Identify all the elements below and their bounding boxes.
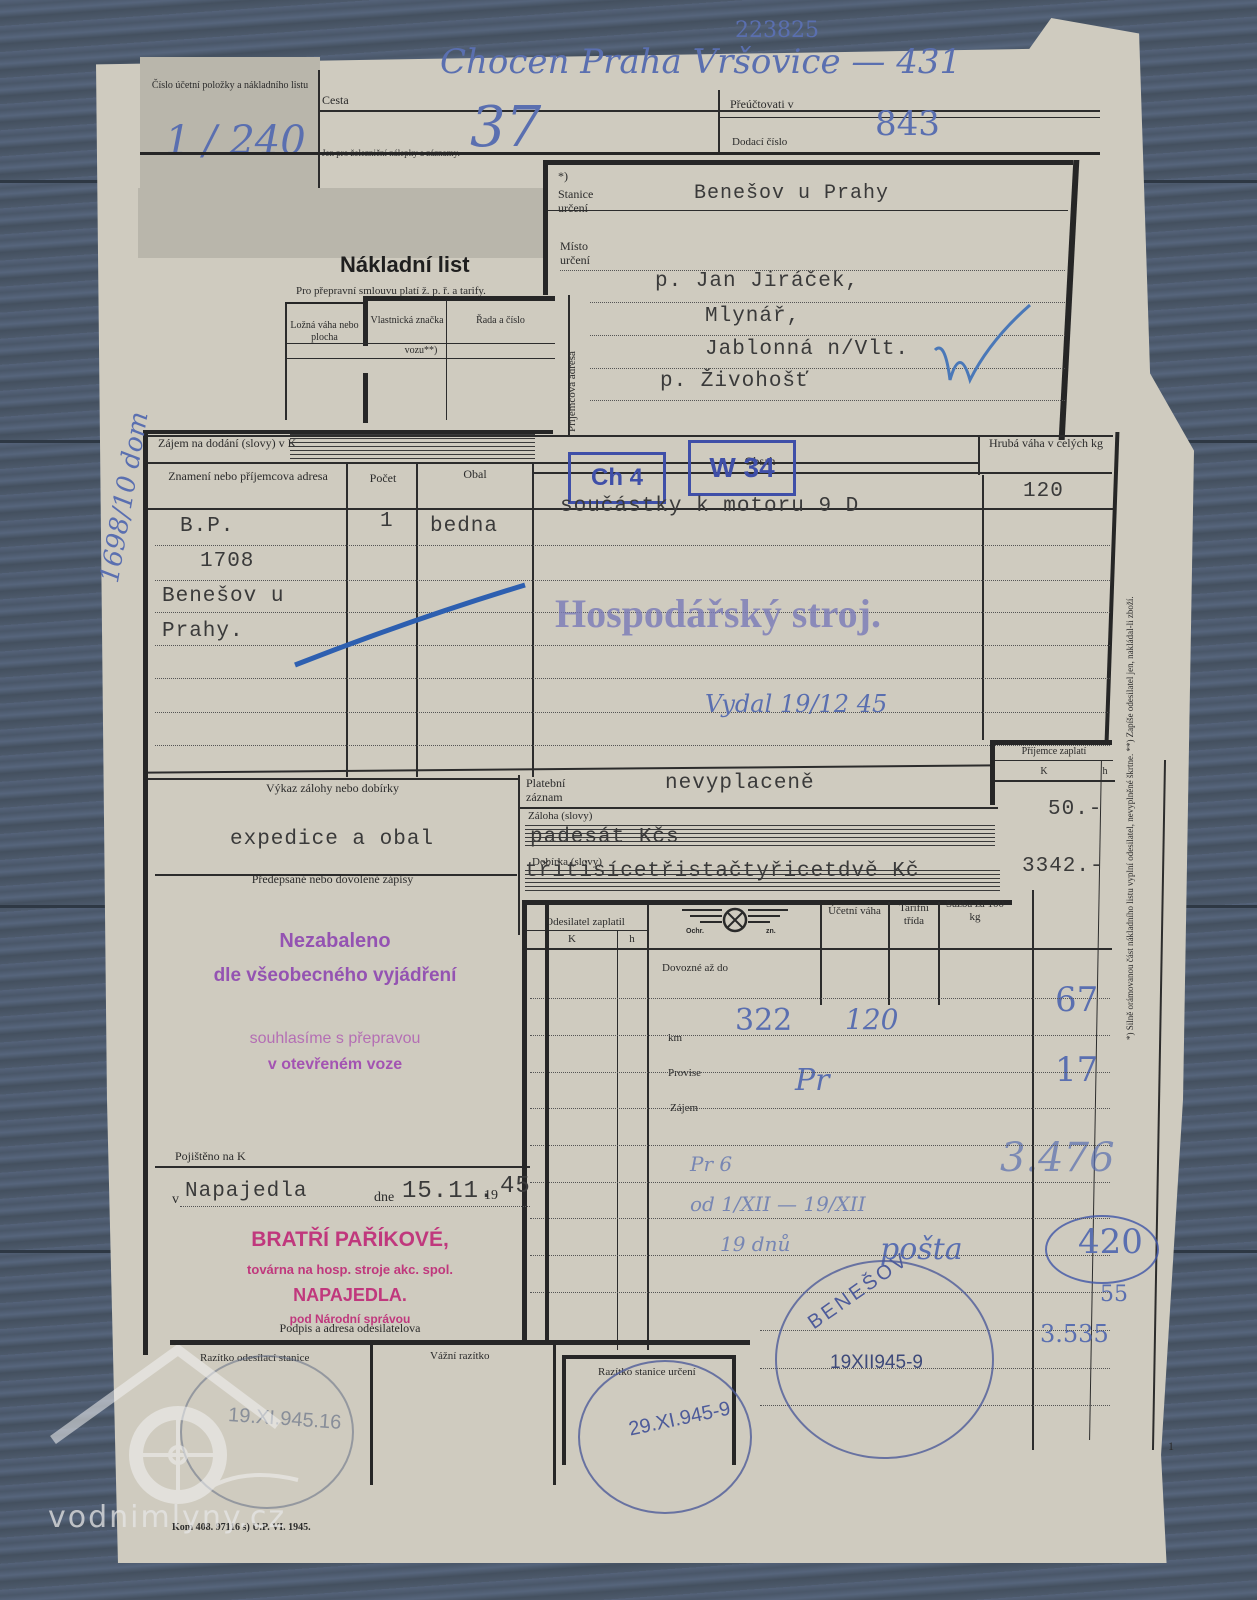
- divider: [285, 302, 365, 304]
- header-weight: Hrubá váha v celých kg: [982, 437, 1110, 451]
- divider: [320, 110, 1100, 112]
- header-rate: Sazba za 100 kg: [940, 898, 1010, 923]
- stamp-w34: W 34: [688, 440, 796, 496]
- route-number-top: 223825: [735, 18, 819, 43]
- stamp-unpacked: Nezabaleno: [155, 930, 515, 953]
- route-big-number: 37: [470, 95, 541, 160]
- recipient-pays-value: 420: [1078, 1222, 1143, 1262]
- dotted-line: [530, 1072, 1110, 1073]
- weighing-label: Vážní razítko: [430, 1350, 490, 1363]
- advance-label: Výkaz zálohy nebo dobírky: [150, 782, 515, 796]
- marks-line: Prahy.: [162, 620, 244, 643]
- recipient-line: p. Jan Jiráček,: [655, 270, 859, 293]
- account-item-label: Číslo účetní položky a nákladního listu: [140, 80, 320, 92]
- divider: [995, 780, 1115, 782]
- border: [543, 160, 548, 295]
- company-stamp: BRATŘÍ PAŘÍKOVÉ,: [160, 1228, 540, 1252]
- goods-packaging: bedna: [430, 515, 498, 538]
- recount-label: Přeúčtovati v: [730, 98, 794, 112]
- interest-label: Zájem na dodání (slovy) v K: [158, 437, 296, 451]
- recipient-pays-value: 67: [1055, 980, 1098, 1020]
- company-stamp-line3: NAPAJEDLA.: [160, 1285, 540, 1306]
- recipient-line: Mlynář,: [705, 305, 800, 328]
- divider: [518, 775, 520, 935]
- round-stamp-date: 19XII945-9: [830, 1352, 923, 1374]
- wagon-col-owner-mark: Vlastnická značka: [368, 315, 446, 327]
- content-stamp: Hospodářský stroj.: [555, 590, 881, 637]
- border: [990, 740, 1112, 745]
- insured-label: Pojištěno na K: [175, 1150, 246, 1164]
- recipient-pays-label: Příjemce zaplatí: [998, 746, 1110, 758]
- dotted-line: [155, 545, 1110, 546]
- divider: [820, 905, 822, 1005]
- dotted-line: [530, 998, 1110, 999]
- page-mark: 1: [1168, 1440, 1174, 1454]
- blue-pencil-stroke-icon: [290, 580, 530, 670]
- date-prefix: dne: [374, 1190, 394, 1206]
- destination-station-stamp: [578, 1360, 752, 1514]
- divider: [617, 930, 618, 1350]
- dotted-line: [155, 745, 1110, 746]
- emblem-left-label: Ochr.: [686, 928, 704, 936]
- payment-record-value: nevyplaceně: [665, 772, 815, 795]
- dotted-line: [530, 1182, 1110, 1183]
- stamp-open-wagon-line2: v otevřeném voze: [155, 1056, 515, 1074]
- divider: [446, 300, 447, 420]
- divider: [532, 462, 534, 777]
- delivery-number-value: 843: [875, 104, 940, 144]
- divider: [527, 948, 1112, 950]
- recipient-pays-col-h: h: [1095, 766, 1115, 778]
- sender-place: Napajedla: [185, 1180, 307, 1203]
- wagon-col-load-weight: Ložná váha nebo plocha: [287, 320, 362, 343]
- recipient-line: p. Živohošť: [660, 370, 810, 393]
- border: [143, 430, 148, 1355]
- remarks-label: Předepsané nebo dovolené zápisy: [150, 873, 515, 887]
- border: [553, 1345, 556, 1485]
- border: [522, 905, 527, 1345]
- wagon-footer: vozu**): [287, 345, 555, 357]
- asterisk-note: *): [558, 170, 568, 184]
- goods-weight: 120: [1023, 480, 1064, 503]
- route-label: Cesta: [322, 94, 349, 108]
- divider: [718, 90, 720, 152]
- recipient-pays-value: 55: [1100, 1282, 1128, 1307]
- watermark-text: vodnimlyny.cz: [48, 1500, 286, 1535]
- station-label: Stanice určení: [558, 188, 608, 216]
- recipient-pays-value: 3.476: [1000, 1135, 1115, 1181]
- dotted-line: [530, 1255, 1110, 1256]
- place-prefix: v: [172, 1192, 179, 1208]
- header-tariff-class: Tarifní třída: [890, 902, 938, 927]
- year-prefix: 19: [484, 1188, 498, 1204]
- divider: [978, 435, 980, 475]
- divider: [148, 435, 1113, 437]
- divider: [287, 358, 555, 359]
- border: [543, 160, 1073, 165]
- handwritten-checkmark-icon: [930, 300, 1040, 390]
- dotted-line: [530, 1218, 1110, 1219]
- border: [370, 1345, 373, 1485]
- dotted-line: [155, 678, 1110, 679]
- handwritten-issued-note: Vydal 19/12 45: [705, 690, 887, 718]
- dotted-line: [530, 1035, 1110, 1036]
- watermill-logo-icon: [48, 1345, 308, 1525]
- divider: [363, 296, 555, 301]
- dotted-line: [155, 712, 1110, 713]
- border: [562, 1355, 734, 1359]
- goods-content: součástky k motoru 9 D: [560, 495, 859, 518]
- recipient-pays-col-k: K: [995, 766, 1093, 778]
- note-line: Pr 6: [690, 1152, 732, 1176]
- header-packaging: Obal: [420, 468, 530, 482]
- sender-year: 45: [500, 1173, 531, 1200]
- header-count: Počet: [350, 472, 416, 486]
- sender-paid-col-k: K: [527, 933, 617, 946]
- divider: [155, 1166, 530, 1168]
- divider: [548, 210, 1068, 211]
- dotted-line: [530, 1108, 1110, 1109]
- divider: [363, 373, 368, 423]
- divider: [995, 760, 1113, 761]
- km-value: 322: [735, 1003, 792, 1038]
- divider: [287, 343, 555, 344]
- hatched-field: [290, 434, 535, 460]
- signature-label: Podpis a adresa odesilatelova: [160, 1322, 540, 1336]
- delivery-number-label: Dodací číslo: [732, 136, 787, 149]
- payment-record-label: Platební záznam: [526, 777, 586, 805]
- recipient-pays-value: 3342.-: [1022, 855, 1104, 878]
- sender-paid-col-h: h: [617, 933, 647, 946]
- row-km: km: [668, 1032, 682, 1045]
- advance-words-label: Záloha (slovy): [528, 810, 592, 823]
- divider: [318, 70, 320, 188]
- border: [562, 1355, 566, 1465]
- stamp-open-wagon: souhlasíme s přepravou: [155, 1030, 515, 1048]
- divider: [647, 905, 649, 1350]
- recipient-line: Jablonná n/Vlt.: [705, 338, 909, 361]
- dotted-line: [180, 1206, 530, 1207]
- border: [545, 905, 549, 1345]
- divider: [520, 807, 998, 809]
- wagon-col-series-number: Řada a číslo: [448, 315, 553, 327]
- recipient-pays-value: 3.535: [1040, 1320, 1109, 1348]
- route-handwritten: Chocen Praha Vršovice — 431: [440, 42, 961, 82]
- advance-value: expedice a obal: [230, 828, 434, 851]
- marks-line: B.P.: [180, 515, 234, 538]
- company-stamp-line2: továrna na hosp. stroje akc. spol.: [160, 1262, 540, 1277]
- account-item-value: 1 / 240: [165, 118, 306, 164]
- header-account-weight: Účetní váha: [822, 905, 887, 918]
- divider: [140, 152, 1100, 155]
- dotted-line: [590, 400, 1065, 401]
- recipient-pays-value: 50.-: [1048, 798, 1102, 821]
- header-marks: Znamení nebo příjemcova adresa: [150, 470, 346, 484]
- row-provision: Provise: [668, 1067, 701, 1080]
- grey-strip: [138, 188, 543, 258]
- sender-date: 15.11.: [402, 1178, 494, 1205]
- stamp-unpacked-line2: dle všeobecného vyjádření: [155, 965, 515, 987]
- emblem-right-label: zn.: [766, 928, 776, 936]
- recipient-pays-value: 17: [1055, 1050, 1098, 1090]
- recipient-side-label: Příjemcova adresa: [566, 351, 579, 432]
- goods-count: 1: [380, 510, 394, 533]
- provision-value: Pr: [795, 1063, 830, 1098]
- note-line: od 1/XII — 19/XII: [690, 1192, 866, 1216]
- marks-line: 1708: [200, 550, 254, 573]
- station-value: Benešov u Prahy: [694, 182, 889, 205]
- row-carriage-to: Dovozné až do: [662, 962, 728, 975]
- side-footnote: *) Silně orámovanou část nákladního list…: [1125, 596, 1135, 1040]
- divider: [148, 778, 518, 780]
- divider: [1032, 890, 1034, 1450]
- place-label: Místo určení: [560, 240, 610, 268]
- note-line: 19 dnů: [720, 1232, 790, 1256]
- advance-words-value: padesát Kčs: [530, 826, 680, 849]
- dotted-line: [530, 1145, 1110, 1146]
- weight-value: 120: [845, 1003, 898, 1036]
- cod-words-value: třitisícetřistačtyřicetdvě Kč: [525, 860, 919, 883]
- divider: [982, 475, 984, 740]
- marks-line: Benešov u: [162, 585, 284, 608]
- page-title: Nákladní list: [340, 252, 470, 278]
